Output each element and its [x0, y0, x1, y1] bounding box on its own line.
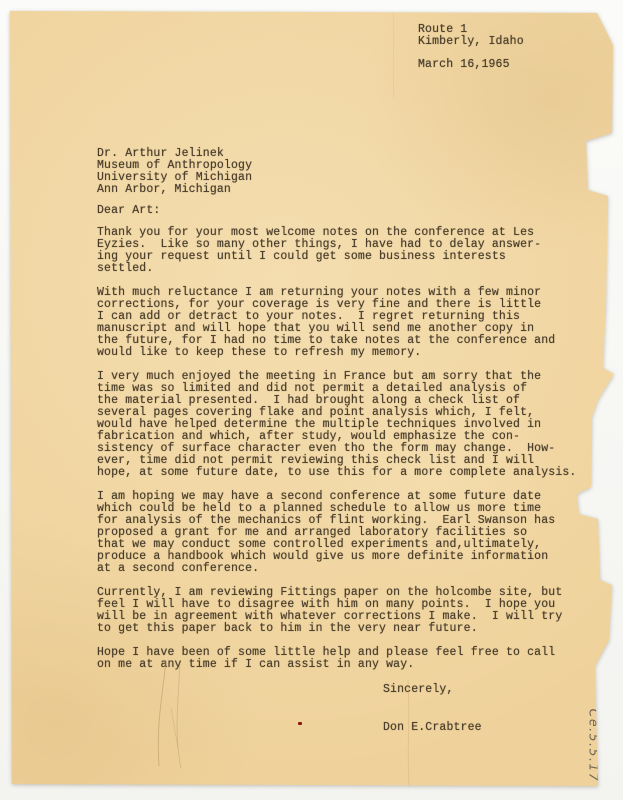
closing: Sincerely, — [383, 684, 454, 696]
salutation: Dear Art: — [97, 205, 160, 217]
letter-paragraph: Hope I have been of some little help and… — [97, 647, 589, 671]
letter-paragraph: Currently, I am reviewing Fittings paper… — [97, 587, 589, 635]
letter-body: Thank you for your most welcome notes on… — [97, 227, 589, 683]
scanned-letter-page: Route 1 Kimberly, Idaho March 16,1965 Dr… — [0, 0, 623, 800]
archival-annotation: Ce.5.5.17 — [587, 694, 602, 798]
paper-surface: Route 1 Kimberly, Idaho March 16,1965 Dr… — [8, 8, 616, 788]
ink-speck — [298, 722, 302, 725]
letter-paragraph: Thank you for your most welcome notes on… — [97, 227, 589, 275]
letter-paragraph: I am hoping we may have a second confere… — [97, 491, 589, 575]
letter-paragraph: I very much enjoyed the meeting in Franc… — [97, 371, 589, 479]
letter-date: March 16,1965 — [418, 59, 510, 71]
recipient-address: Dr. Arthur Jelinek Museum of Anthropolog… — [97, 148, 252, 196]
letter-paragraph: With much reluctance I am returning your… — [97, 287, 589, 359]
return-address: Route 1 Kimberly, Idaho — [418, 24, 524, 48]
signature-name: Don E.Crabtree — [383, 722, 482, 734]
paper-sheet: Route 1 Kimberly, Idaho March 16,1965 Dr… — [8, 8, 616, 788]
